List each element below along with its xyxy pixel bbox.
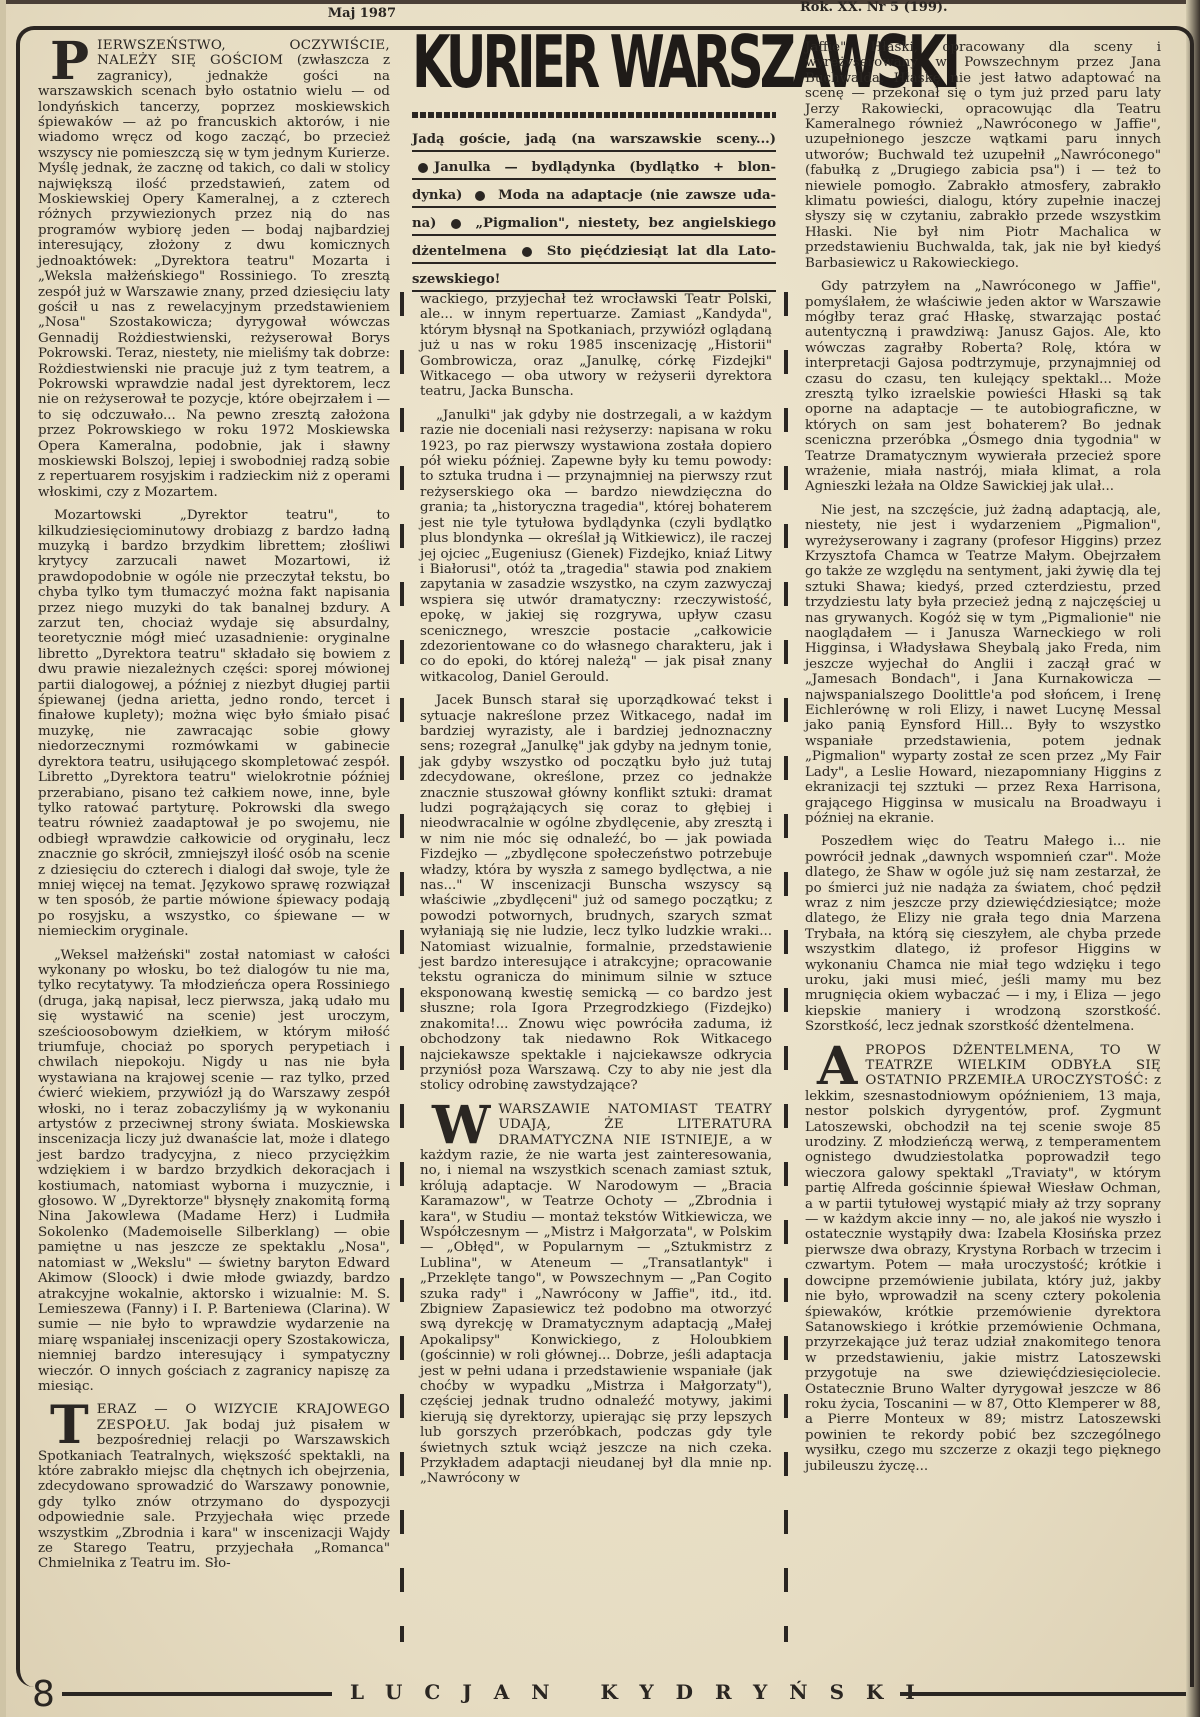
masthead-dotted-rule [412,112,776,118]
paragraph: APROPOS DŻENTELMENA, TO W TEATRZE WIELKI… [805,1043,1161,1474]
paragraph: Gdy patrzyłem na „Nawróconego w Jaffie",… [805,279,1161,495]
bullet-icon [475,191,485,201]
paragraph: „Weksel małżeński" został natomiast w ca… [38,948,390,1395]
lead-caps: WARSZAWIE NATOMIAST TEATRY UDAJĄ, ŻE LIT… [498,1102,772,1148]
summary-line: na) „Pigmalion", niestety, bez angielski… [412,214,776,236]
masthead-title: KURIER WARSZAWSKI [412,26,776,99]
paragraph: PIERWSZEŃSTWO, OCZYWIŚCIE, NALEŻY SIĘ GO… [38,38,390,500]
bullet-icon [522,247,532,257]
drop-cap: W [432,1104,490,1148]
paragraph: Poszedłem więc do Teatru Małego i... nie… [805,834,1161,1034]
drop-cap: A [817,1045,857,1089]
page-top-edge [0,0,1200,4]
article-column-1: PIERWSZEŃSTWO, OCZYWIŚCIE, NALEŻY SIĘ GO… [38,38,390,1580]
footer-rule [900,1692,1186,1696]
drop-cap: P [50,40,89,84]
paragraph: Mozartowski „Dyrektor teatru", to kilkud… [38,508,390,939]
paragraph: WWARSZAWIE NATOMIAST TEATRY UDAJĄ, ŻE LI… [420,1102,772,1487]
lead-caps: PROPOS DŻENTELMENA, TO W TEATRZE WIELKIM… [865,1043,1161,1089]
page-number: 8 [32,1674,55,1715]
summary-line: dżentelmena Sto pięćdziesiąt lat dla Lat… [412,242,776,264]
author-byline: LUCJAN KYDRYŃSKI [350,1680,937,1704]
paragraph: wackiego, przyjechał też wrocławski Teat… [420,292,772,400]
summary-line: Janulka — bydlądynka (bydlątko + blon- [412,158,776,180]
paragraph: „Janulki" jak gdyby nie dostrzegali, a w… [420,408,772,685]
masthead: KURIER WARSZAWSKI [412,18,776,108]
paragraph: Jaffie" Hłaski, opracowany dla sceny i w… [805,40,1161,271]
summary-line: szewskiego! [412,270,776,292]
article-summary: Jadą goście, jadą (na warszawskie sceny.… [412,130,776,298]
article-column-2: wackiego, przyjechał też wrocławski Teat… [420,292,772,1495]
newspaper-page: Maj 1987 Rok. XX. Nr 5 (199). KURIER WAR… [0,0,1200,1717]
footer-rule [62,1692,332,1696]
page-footer: 8 LUCJAN KYDRYŃSKI [20,1680,1190,1714]
bullet-icon [418,163,428,173]
paragraph: Nie jest, na szczęście, już żadną adapta… [805,503,1161,827]
column-separator-bars [400,292,404,1642]
paragraph: Jacek Bunsch starał się uporządkować tek… [420,693,772,1094]
issue-number: Rok. XX. Nr 5 (199). [800,0,948,15]
issue-date: Maj 1987 [300,6,396,21]
article-column-3: Jaffie" Hłaski, opracowany dla sceny i w… [805,40,1161,1482]
bullet-icon [451,219,461,229]
column-separator-bars [784,292,788,1642]
page-left-edge [0,0,6,1717]
paragraph: TERAZ — O WIZYCIE KRAJOWEGO ZESPOŁU. Jak… [38,1402,390,1571]
summary-line: Jadą goście, jadą (na warszawskie sceny.… [412,130,776,152]
summary-line: dynka) Moda na adaptacje (nie zawsze uda… [412,186,776,208]
drop-cap: T [50,1404,89,1448]
